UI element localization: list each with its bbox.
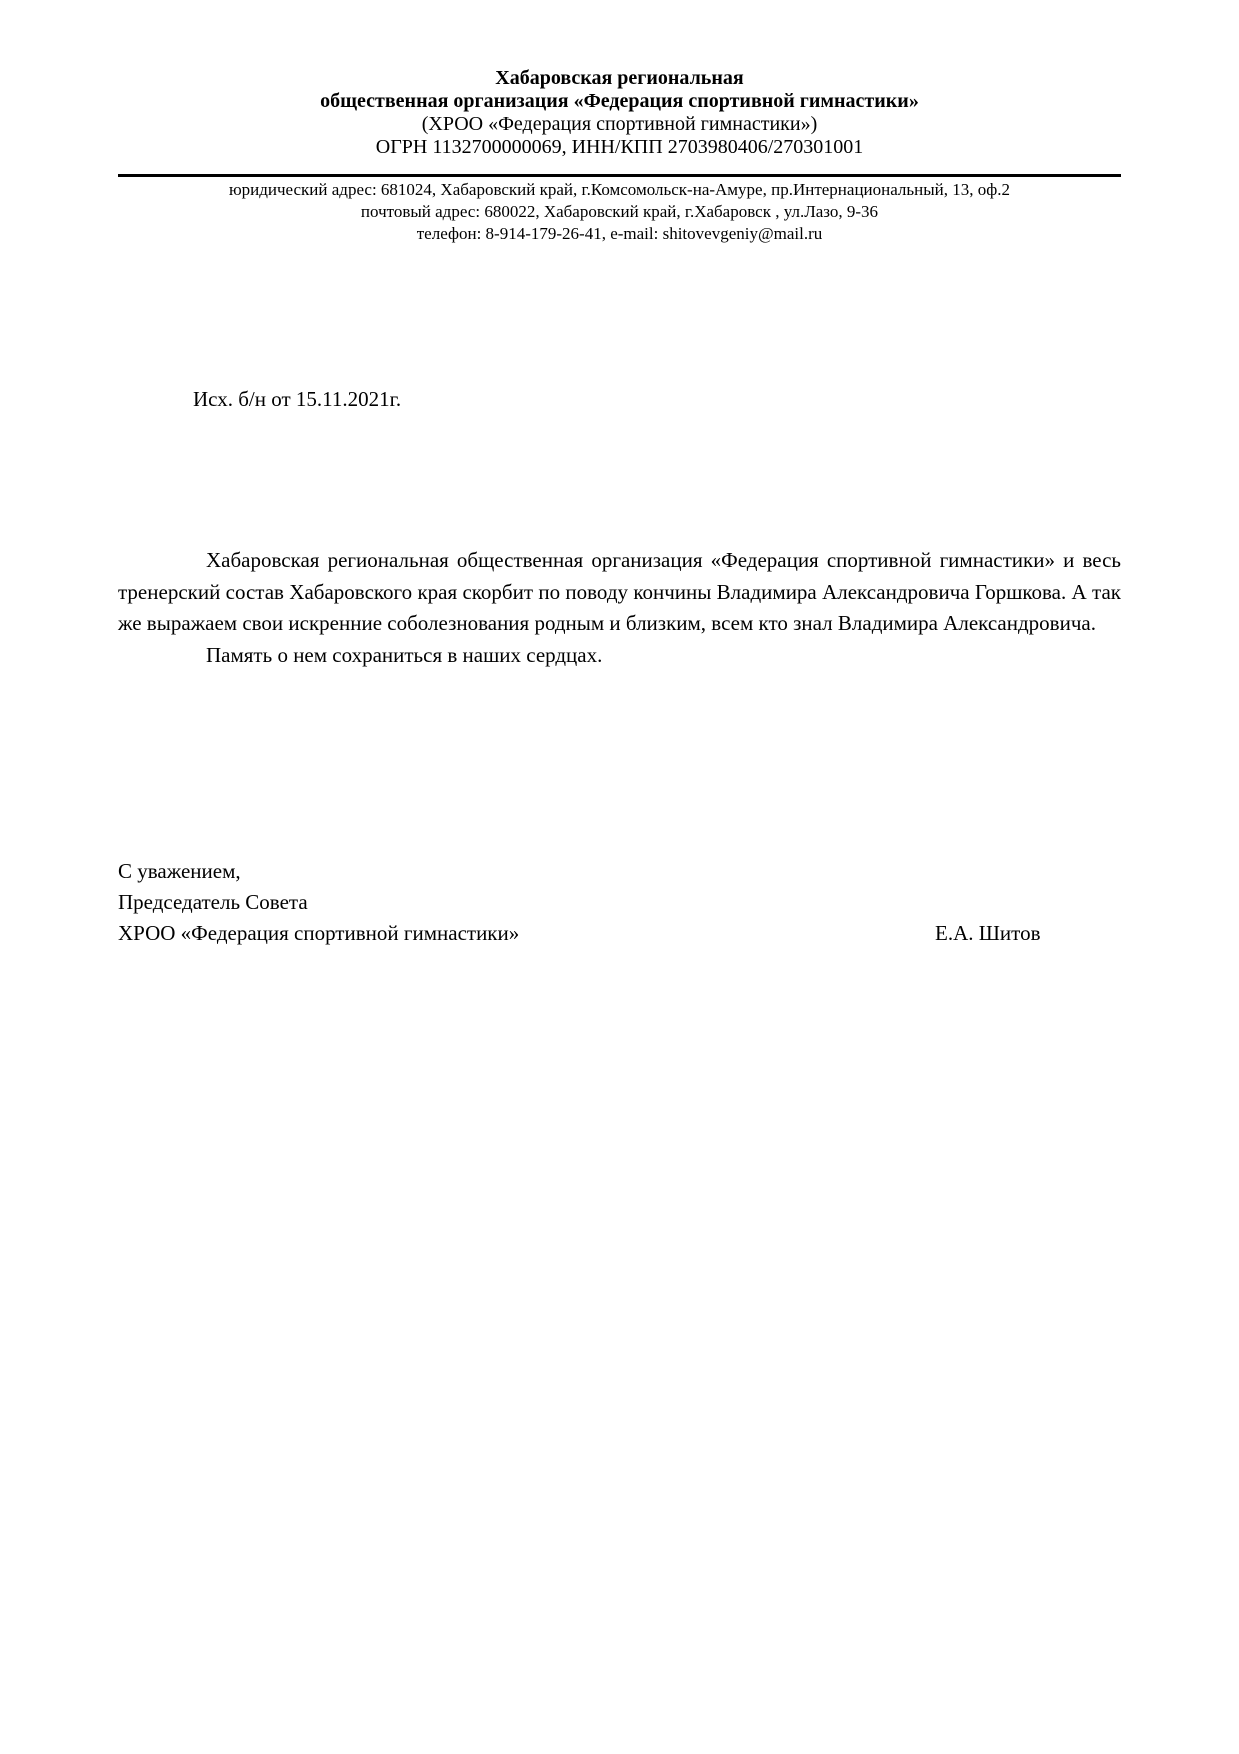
letterhead-org-line2: общественная организация «Федерация спор… xyxy=(0,89,1239,113)
letterhead-short-name: (ХРОО «Федерация спортивной гимнастики») xyxy=(0,112,1239,136)
signature-name: Е.А. Шитов xyxy=(935,920,1040,946)
body-paragraph: Хабаровская региональная общественная ор… xyxy=(118,545,1121,640)
letterhead-postal-address: почтовый адрес: 680022, Хабаровский край… xyxy=(0,201,1239,223)
signature-position: Председатель Совета xyxy=(118,889,308,915)
body-paragraph: Память о нем сохраниться в наших сердцах… xyxy=(118,640,1121,672)
letterhead-divider xyxy=(118,174,1121,177)
letter-body: Хабаровская региональная общественная ор… xyxy=(118,545,1121,671)
letterhead-org-line1: Хабаровская региональная xyxy=(0,66,1239,90)
letterhead-registration: ОГРН 1132700000069, ИНН/КПП 2703980406/2… xyxy=(0,135,1239,159)
signature-organization: ХРОО «Федерация спортивной гимнастики» xyxy=(118,920,519,946)
letterhead-contacts: телефон: 8-914-179-26-41, e-mail: shitov… xyxy=(0,223,1239,245)
outgoing-reference: Исх. б/н от 15.11.2021г. xyxy=(193,386,401,412)
signature-closing: С уважением, xyxy=(118,858,241,884)
letterhead-legal-address: юридический адрес: 681024, Хабаровский к… xyxy=(0,179,1239,201)
